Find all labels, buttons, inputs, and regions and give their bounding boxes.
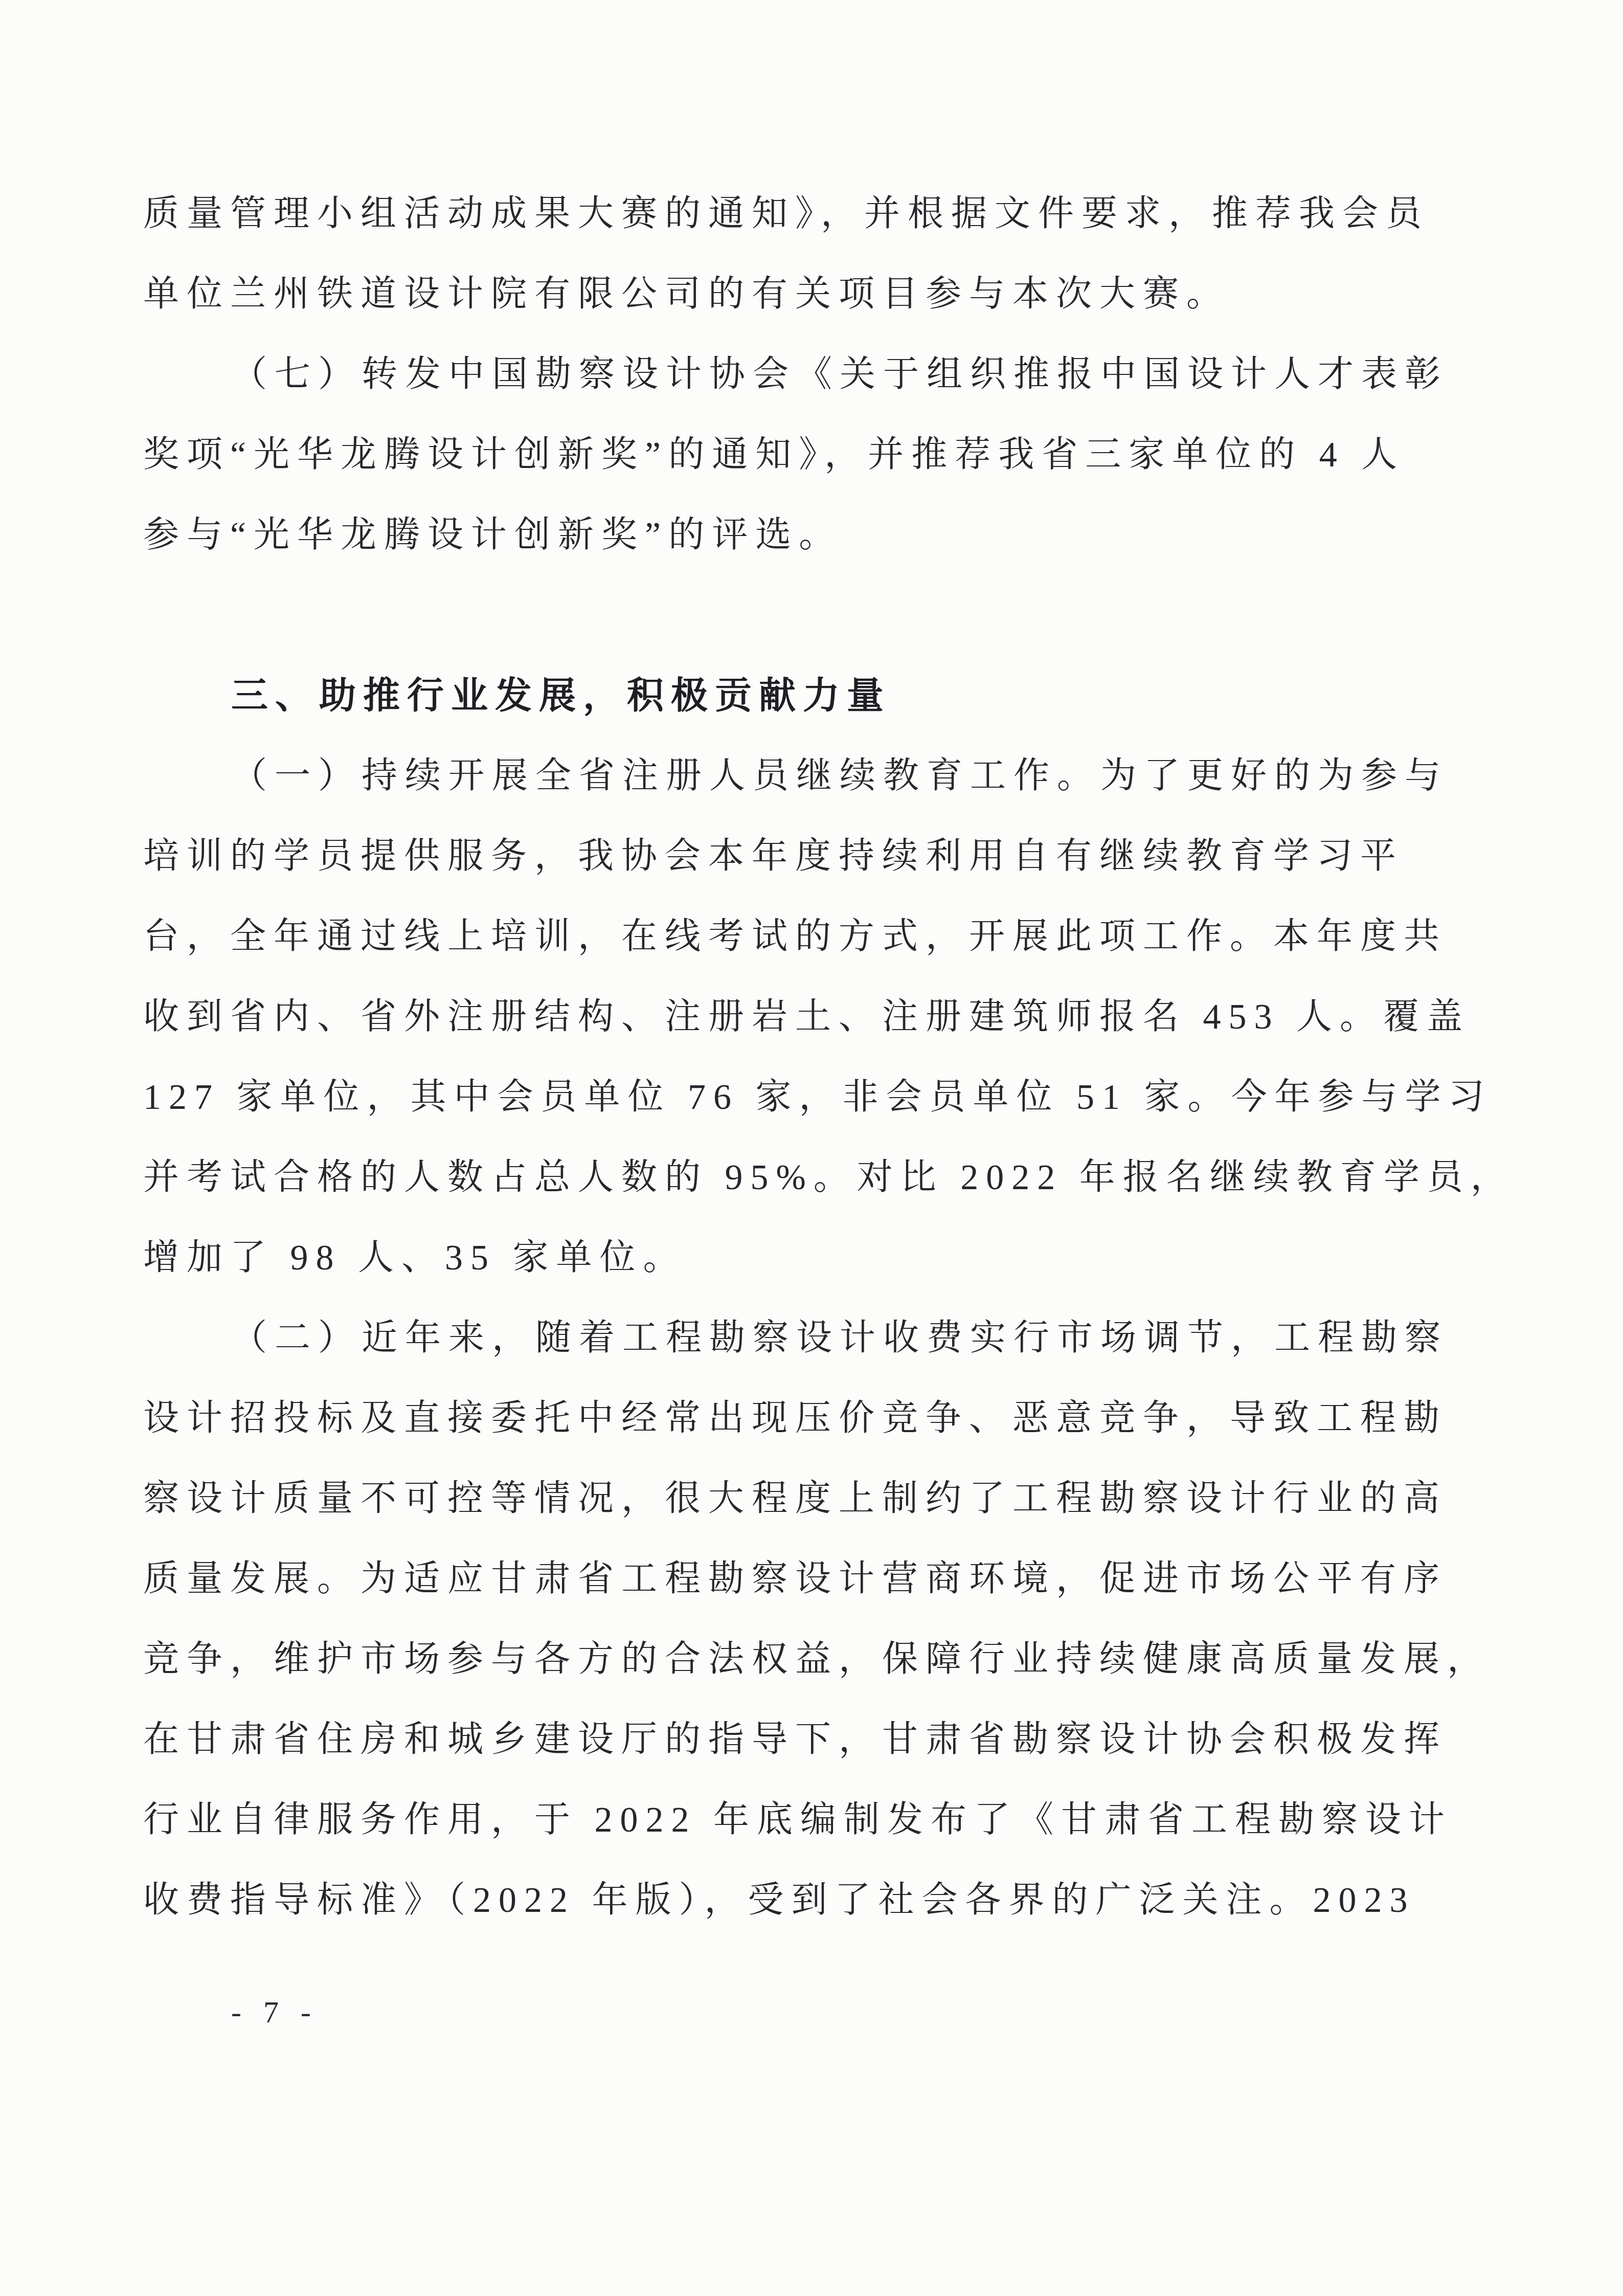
text-line: （一）持续开展全省注册人员继续教育工作。为了更好的为参与	[143, 736, 1493, 816]
document-body: 质量管理小组活动成果大赛的通知》，并根据文件要求，推荐我会员 单位兰州铁道设计院…	[143, 174, 1493, 1941]
document-page: 质量管理小组活动成果大赛的通知》，并根据文件要求，推荐我会员 单位兰州铁道设计院…	[0, 0, 1623, 2296]
page-number: - 7 -	[231, 1995, 318, 2030]
text-line: 收到省内、省外注册结构、注册岩土、注册建筑师报名 453 人。覆盖	[143, 977, 1493, 1057]
text-line: 参与“光华龙腾设计创新奖”的评选。	[143, 495, 1493, 575]
text-line: 单位兰州铁道设计院有限公司的有关项目参与本次大赛。	[143, 254, 1493, 335]
text-line: （二）近年来，随着工程勘察设计收费实行市场调节，工程勘察	[143, 1298, 1493, 1378]
text-line: 并考试合格的人数占总人数的 95%。对比 2022 年报名继续教育学员，	[143, 1138, 1493, 1218]
text-line: 在甘肃省住房和城乡建设厅的指导下，甘肃省勘察设计协会积极发挥	[143, 1700, 1493, 1780]
text-line: 察设计质量不可控等情况，很大程度上制约了工程勘察设计行业的高	[143, 1459, 1493, 1539]
text-line: 培训的学员提供服务，我协会本年度持续利用自有继续教育学习平	[143, 816, 1493, 897]
text-line: 127 家单位，其中会员单位 76 家，非会员单位 51 家。今年参与学习	[143, 1057, 1493, 1138]
text-line: 奖项“光华龙腾设计创新奖”的通知》，并推荐我省三家单位的 4 人	[143, 415, 1493, 495]
text-line: 竞争，维护市场参与各方的合法权益，保障行业持续健康高质量发展，	[143, 1619, 1493, 1700]
text-line: 行业自律服务作用，于 2022 年底编制发布了《甘肃省工程勘察设计	[143, 1780, 1493, 1860]
text-line: 收费指导标准》（2022 年版），受到了社会各界的广泛关注。2023	[143, 1860, 1493, 1941]
text-line: （七）转发中国勘察设计协会《关于组织推报中国设计人才表彰	[143, 335, 1493, 415]
text-line: 质量发展。为适应甘肃省工程勘察设计营商环境，促进市场公平有序	[143, 1539, 1493, 1619]
text-line: 设计招投标及直接委托中经常出现压价竞争、恶意竞争，导致工程勘	[143, 1378, 1493, 1459]
section-heading: 三、助推行业发展，积极贡献力量	[143, 656, 1493, 736]
text-line: 台，全年通过线上培训，在线考试的方式，开展此项工作。本年度共	[143, 897, 1493, 977]
text-line: 质量管理小组活动成果大赛的通知》，并根据文件要求，推荐我会员	[143, 174, 1493, 254]
text-line: 增加了 98 人、35 家单位。	[143, 1218, 1493, 1298]
